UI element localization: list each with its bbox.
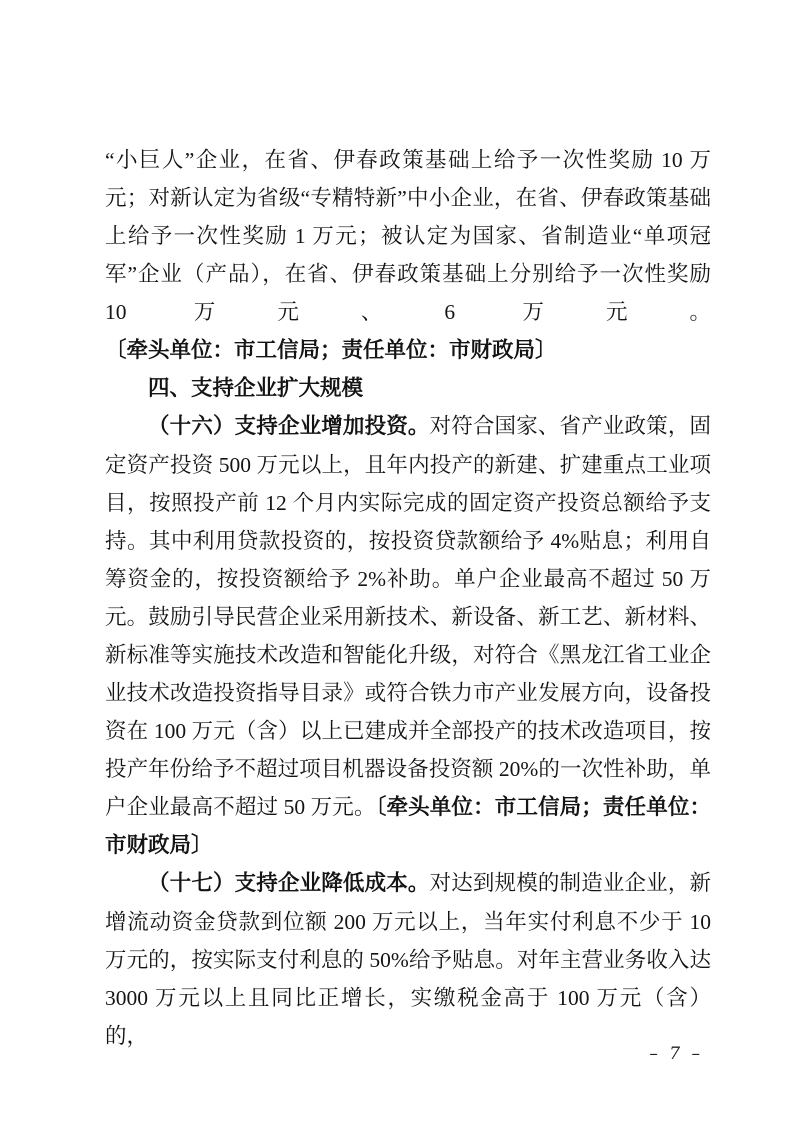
page-number: – 7 – <box>649 1044 703 1064</box>
body-text: 对达到规模的制造业企业，新增流动资金贷款到位额 200 万元以上，当年实付利息不… <box>105 871 711 1048</box>
section-heading: 四、支持企业扩大规模 <box>105 369 711 407</box>
paragraph-clause-17: （十七）支持企业降低成本。对达到规模的制造业企业，新增流动资金贷款到位额 200… <box>105 864 711 1055</box>
clause-title: （十六）支持企业增加投资。 <box>148 414 430 439</box>
body-text: 对符合国家、省产业政策，固定资产投资 500 万元以上，且年内投产的新建、扩建重… <box>105 414 711 819</box>
responsible-unit-note: 〔牵头单位：市工信局；责任单位：市财政局〕 <box>105 338 557 362</box>
body-text: “小巨人”企业，在省、伊春政策基础上给予一次性奖励 10 万元；对新认定为省级“… <box>105 148 711 324</box>
document-body: “小巨人”企业，在省、伊春政策基础上给予一次性奖励 10 万元；对新认定为省级“… <box>105 141 711 1055</box>
section-heading-text: 四、支持企业扩大规模 <box>148 376 363 400</box>
paragraph-clause-16: （十六）支持企业增加投资。对符合国家、省产业政策，固定资产投资 500 万元以上… <box>105 407 711 864</box>
clause-title: （十七）支持企业降低成本。 <box>148 871 430 896</box>
paragraph-continuation: “小巨人”企业，在省、伊春政策基础上给予一次性奖励 10 万元；对新认定为省级“… <box>105 141 711 369</box>
document-page: “小巨人”企业，在省、伊春政策基础上给予一次性奖励 10 万元；对新认定为省级“… <box>0 0 793 1122</box>
